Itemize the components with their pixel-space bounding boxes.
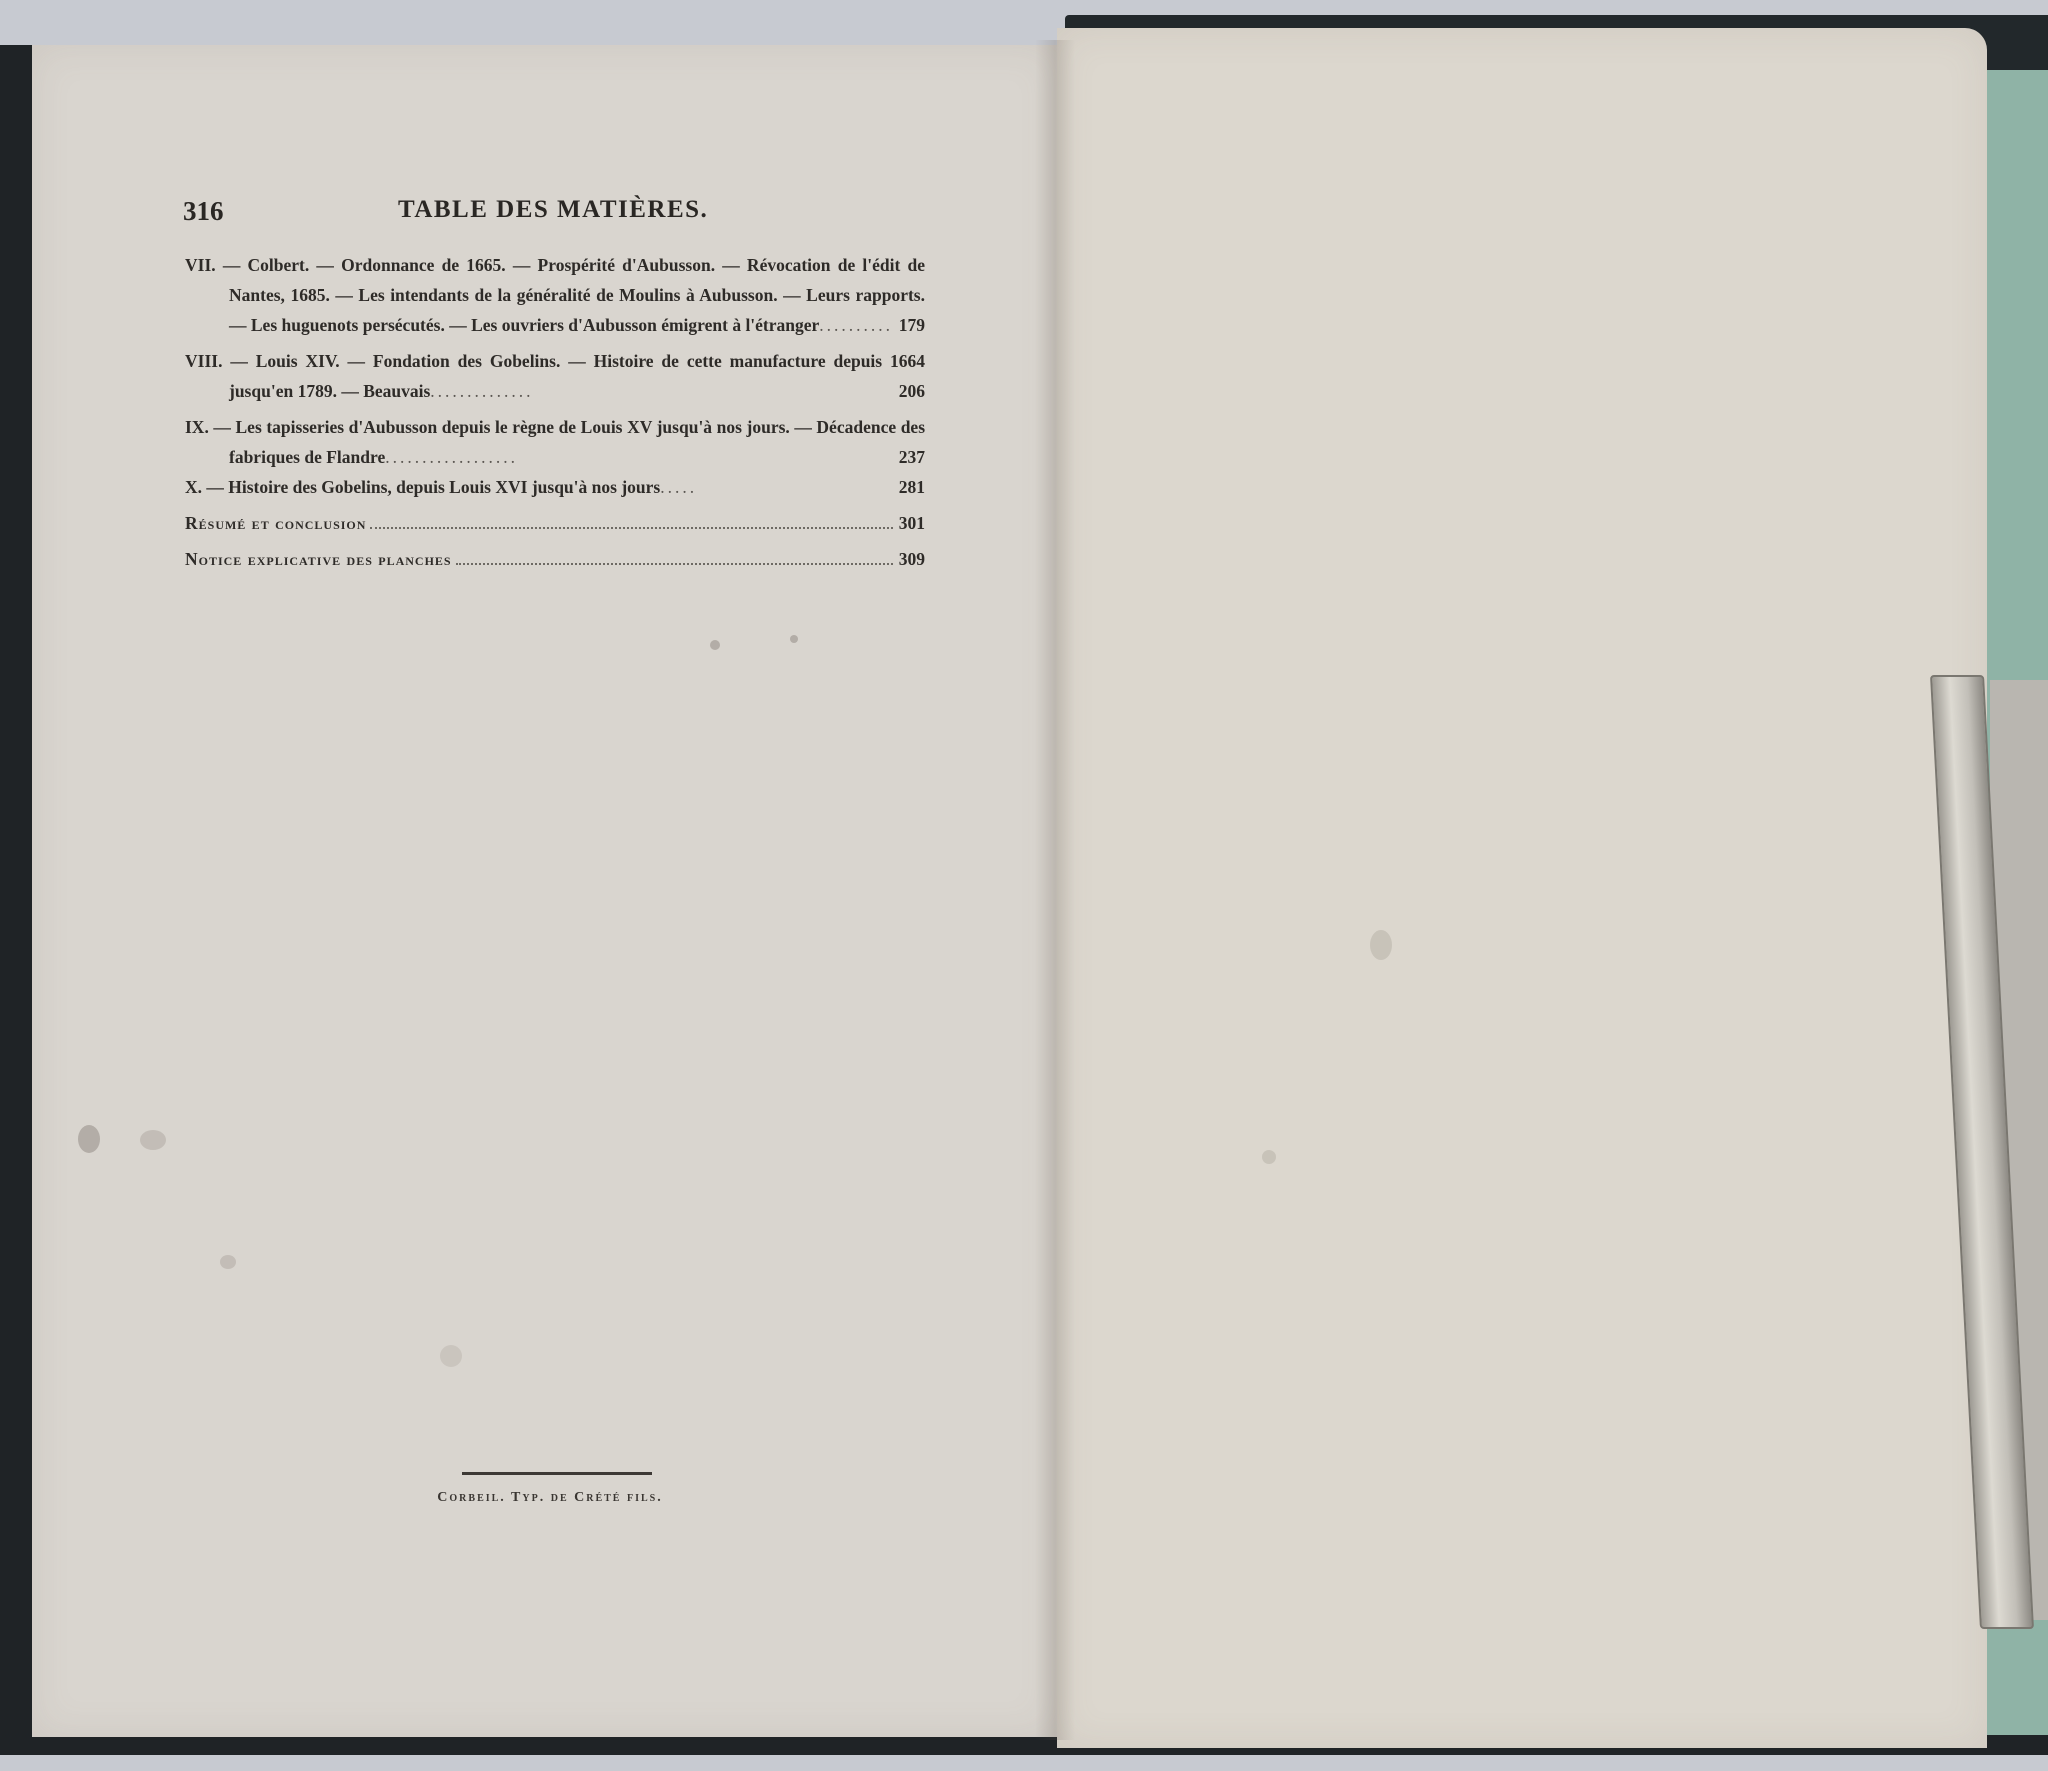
page-title: TABLE DES MATIÈRES.	[398, 196, 708, 224]
toc-chapter: VIII.	[185, 351, 222, 371]
horizontal-rule	[462, 1472, 652, 1475]
toc-text: Résumé et conclusion	[185, 508, 366, 538]
toc-page-number: 179	[899, 310, 925, 340]
page-number: 316	[183, 196, 224, 227]
foxing-spot	[440, 1345, 462, 1367]
foxing-spot	[790, 635, 798, 643]
foxing-spot	[140, 1130, 166, 1150]
printer-imprint: Corbeil. Typ. de Crété fils.	[380, 1490, 720, 1506]
toc-leader	[370, 527, 892, 529]
toc-leader	[456, 563, 893, 565]
toc-page-number: 206	[899, 376, 925, 406]
table-of-contents: VII. — Colbert. — Ordonnance de 1665. — …	[185, 250, 925, 580]
toc-text: — Histoire des Gobelins, depuis Louis XV…	[206, 477, 660, 497]
toc-chapter: VII.	[185, 255, 216, 275]
toc-entry-ix: IX. — Les tapisseries d'Aubusson depuis …	[185, 412, 925, 472]
foxing-spot	[78, 1125, 100, 1153]
toc-chapter: IX.	[185, 417, 209, 437]
toc-text: — Les tapisseries d'Aubusson depuis le r…	[213, 417, 925, 467]
toc-entry-resume: Résumé et conclusion 301	[185, 508, 925, 538]
book-gutter	[1035, 40, 1075, 1740]
running-head: 316 TABLE DES MATIÈRES.	[183, 196, 925, 236]
toc-page-number: 301	[899, 508, 925, 538]
toc-leader: ..................	[385, 447, 518, 467]
toc-leader: ..........	[819, 315, 893, 335]
toc-page-number: 309	[899, 544, 925, 574]
toc-entry-viii: VIII. — Louis XIV. — Fondation des Gobel…	[185, 346, 925, 406]
toc-leader: ..............	[430, 381, 533, 401]
toc-leader: .....	[660, 477, 697, 497]
right-page-blank	[1057, 28, 1987, 1748]
toc-page-number: 237	[899, 442, 925, 472]
foxing-spot	[710, 640, 720, 650]
toc-text: — Louis XIV. — Fondation des Gobelins. —…	[229, 351, 925, 401]
toc-chapter: X.	[185, 477, 202, 497]
toc-text: Notice explicative des planches	[185, 544, 452, 574]
toc-entry-x: X. — Histoire des Gobelins, depuis Louis…	[185, 472, 925, 502]
toc-page-number: 281	[899, 472, 925, 502]
toc-entry-vii: VII. — Colbert. — Ordonnance de 1665. — …	[185, 250, 925, 340]
foxing-spot	[220, 1255, 236, 1269]
toc-entry-notice: Notice explicative des planches 309	[185, 544, 925, 574]
foxing-spot	[1370, 930, 1392, 960]
foxing-spot	[1262, 1150, 1276, 1164]
